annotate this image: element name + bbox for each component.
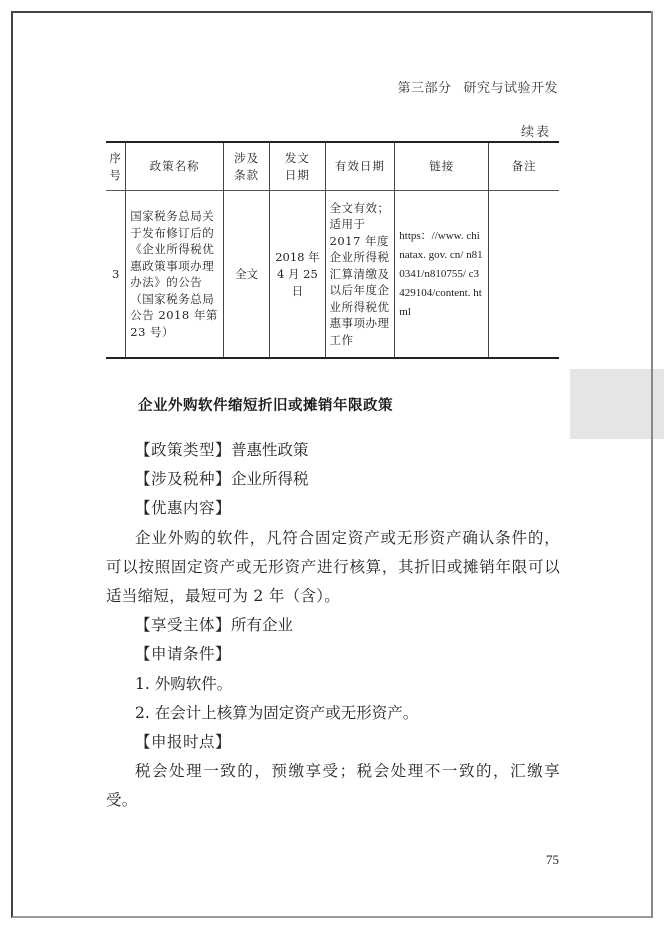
page-number: 75 [546, 852, 559, 868]
policy-table: 序 号 政策名称 涉及 条款 发文 日期 有效日期 链接 备注 [106, 141, 559, 359]
running-header-chapter: 研究与试验开发 [463, 81, 558, 96]
conditions-label: 【申请条件】 [135, 645, 231, 663]
tax-type-value: 企业所得税 [231, 470, 309, 488]
column-header-issue-date-line2: 日期 [270, 167, 324, 184]
column-header-issue-date-line1: 发文 [270, 150, 324, 167]
column-header-scope-line1: 涉及 [224, 150, 269, 167]
column-header-name: 政策名称 [126, 142, 224, 191]
column-header-valid-date-text: 有效日期 [326, 158, 395, 175]
beneficiary-value: 所有企业 [231, 616, 293, 634]
cell-issue-date-day: 4 月 25 日 [270, 266, 324, 300]
running-header-part: 第三部分 [397, 81, 451, 96]
conditions-label-line: 【申请条件】 [106, 640, 560, 669]
table-header-row: 序 号 政策名称 涉及 条款 发文 日期 有效日期 链接 备注 [106, 142, 559, 191]
column-header-scope: 涉及 条款 [223, 142, 269, 191]
column-header-name-text: 政策名称 [126, 158, 223, 175]
page-frame-right-edge [651, 11, 653, 918]
beneficiary-label: 【享受主体】 [135, 616, 231, 634]
column-header-no-line2: 号 [106, 167, 125, 184]
section-title: 企业外购软件缩短折旧或摊销年限政策 [138, 394, 393, 415]
timing-label-line: 【申报时点】 [106, 728, 560, 757]
tax-type-label: 【涉及税种】 [135, 470, 231, 488]
column-header-issue-date: 发文 日期 [270, 142, 325, 191]
policy-type-value: 普惠性政策 [231, 441, 309, 459]
column-header-note-text: 备注 [489, 158, 559, 175]
tax-type-line: 【涉及税种】企业所得税 [106, 465, 560, 494]
cell-note [489, 191, 559, 359]
content-label-line: 【优惠内容】 [106, 494, 560, 523]
timing-paragraph: 税会处理一致的，预缴享受；税会处理不一致的，汇缴享受。 [106, 757, 560, 815]
condition-item: 1. 外购软件。 [106, 670, 560, 699]
column-header-valid-date: 有效日期 [325, 142, 395, 191]
cell-issue-date: 2018 年 4 月 25 日 [270, 191, 325, 359]
timing-label: 【申报时点】 [135, 733, 231, 751]
column-header-note: 备注 [489, 142, 559, 191]
column-header-link-text: 链接 [395, 158, 488, 175]
cell-issue-date-year: 2018 年 [270, 249, 324, 266]
policy-body: 【政策类型】普惠性政策 【涉及税种】企业所得税 【优惠内容】 企业外购的软件，凡… [106, 436, 560, 816]
policy-type-label: 【政策类型】 [135, 441, 231, 459]
policy-type-line: 【政策类型】普惠性政策 [106, 436, 560, 465]
cell-policy-name: 国家税务总局关于发布修订后的《企业所得税优惠政策事项办理办法》的公告（国家税务总… [126, 191, 224, 359]
table-continued-label: 续表 [521, 121, 551, 140]
cell-valid-date: 全文有效；适用于 2017 年度企业所得税汇算清缴及以后年度企业所得税优惠事项办… [325, 191, 395, 359]
content-paragraph: 企业外购的软件，凡符合固定资产或无形资产确认条件的，可以按照固定资产或无形资产进… [106, 524, 560, 612]
cell-scope: 全文 [223, 191, 269, 359]
running-header: 第三部分研究与试验开发 [397, 77, 558, 96]
column-header-no-line1: 序 [106, 150, 125, 167]
column-header-no: 序 号 [106, 142, 126, 191]
chapter-thumb-tab [570, 369, 664, 439]
condition-item: 2. 在会计上核算为固定资产或无形资产。 [106, 699, 560, 728]
policy-link[interactable]: https：//www. chinatax. gov. cn/ n810341/… [399, 230, 482, 318]
cell-link: https：//www. chinatax. gov. cn/ n810341/… [395, 191, 489, 359]
table-row: 3 国家税务总局关于发布修订后的《企业所得税优惠政策事项办理办法》的公告（国家税… [106, 191, 559, 359]
column-header-link: 链接 [395, 142, 489, 191]
content-label: 【优惠内容】 [135, 499, 231, 517]
beneficiary-line: 【享受主体】所有企业 [106, 611, 560, 640]
cell-no: 3 [106, 191, 126, 359]
column-header-scope-line2: 条款 [224, 167, 269, 184]
